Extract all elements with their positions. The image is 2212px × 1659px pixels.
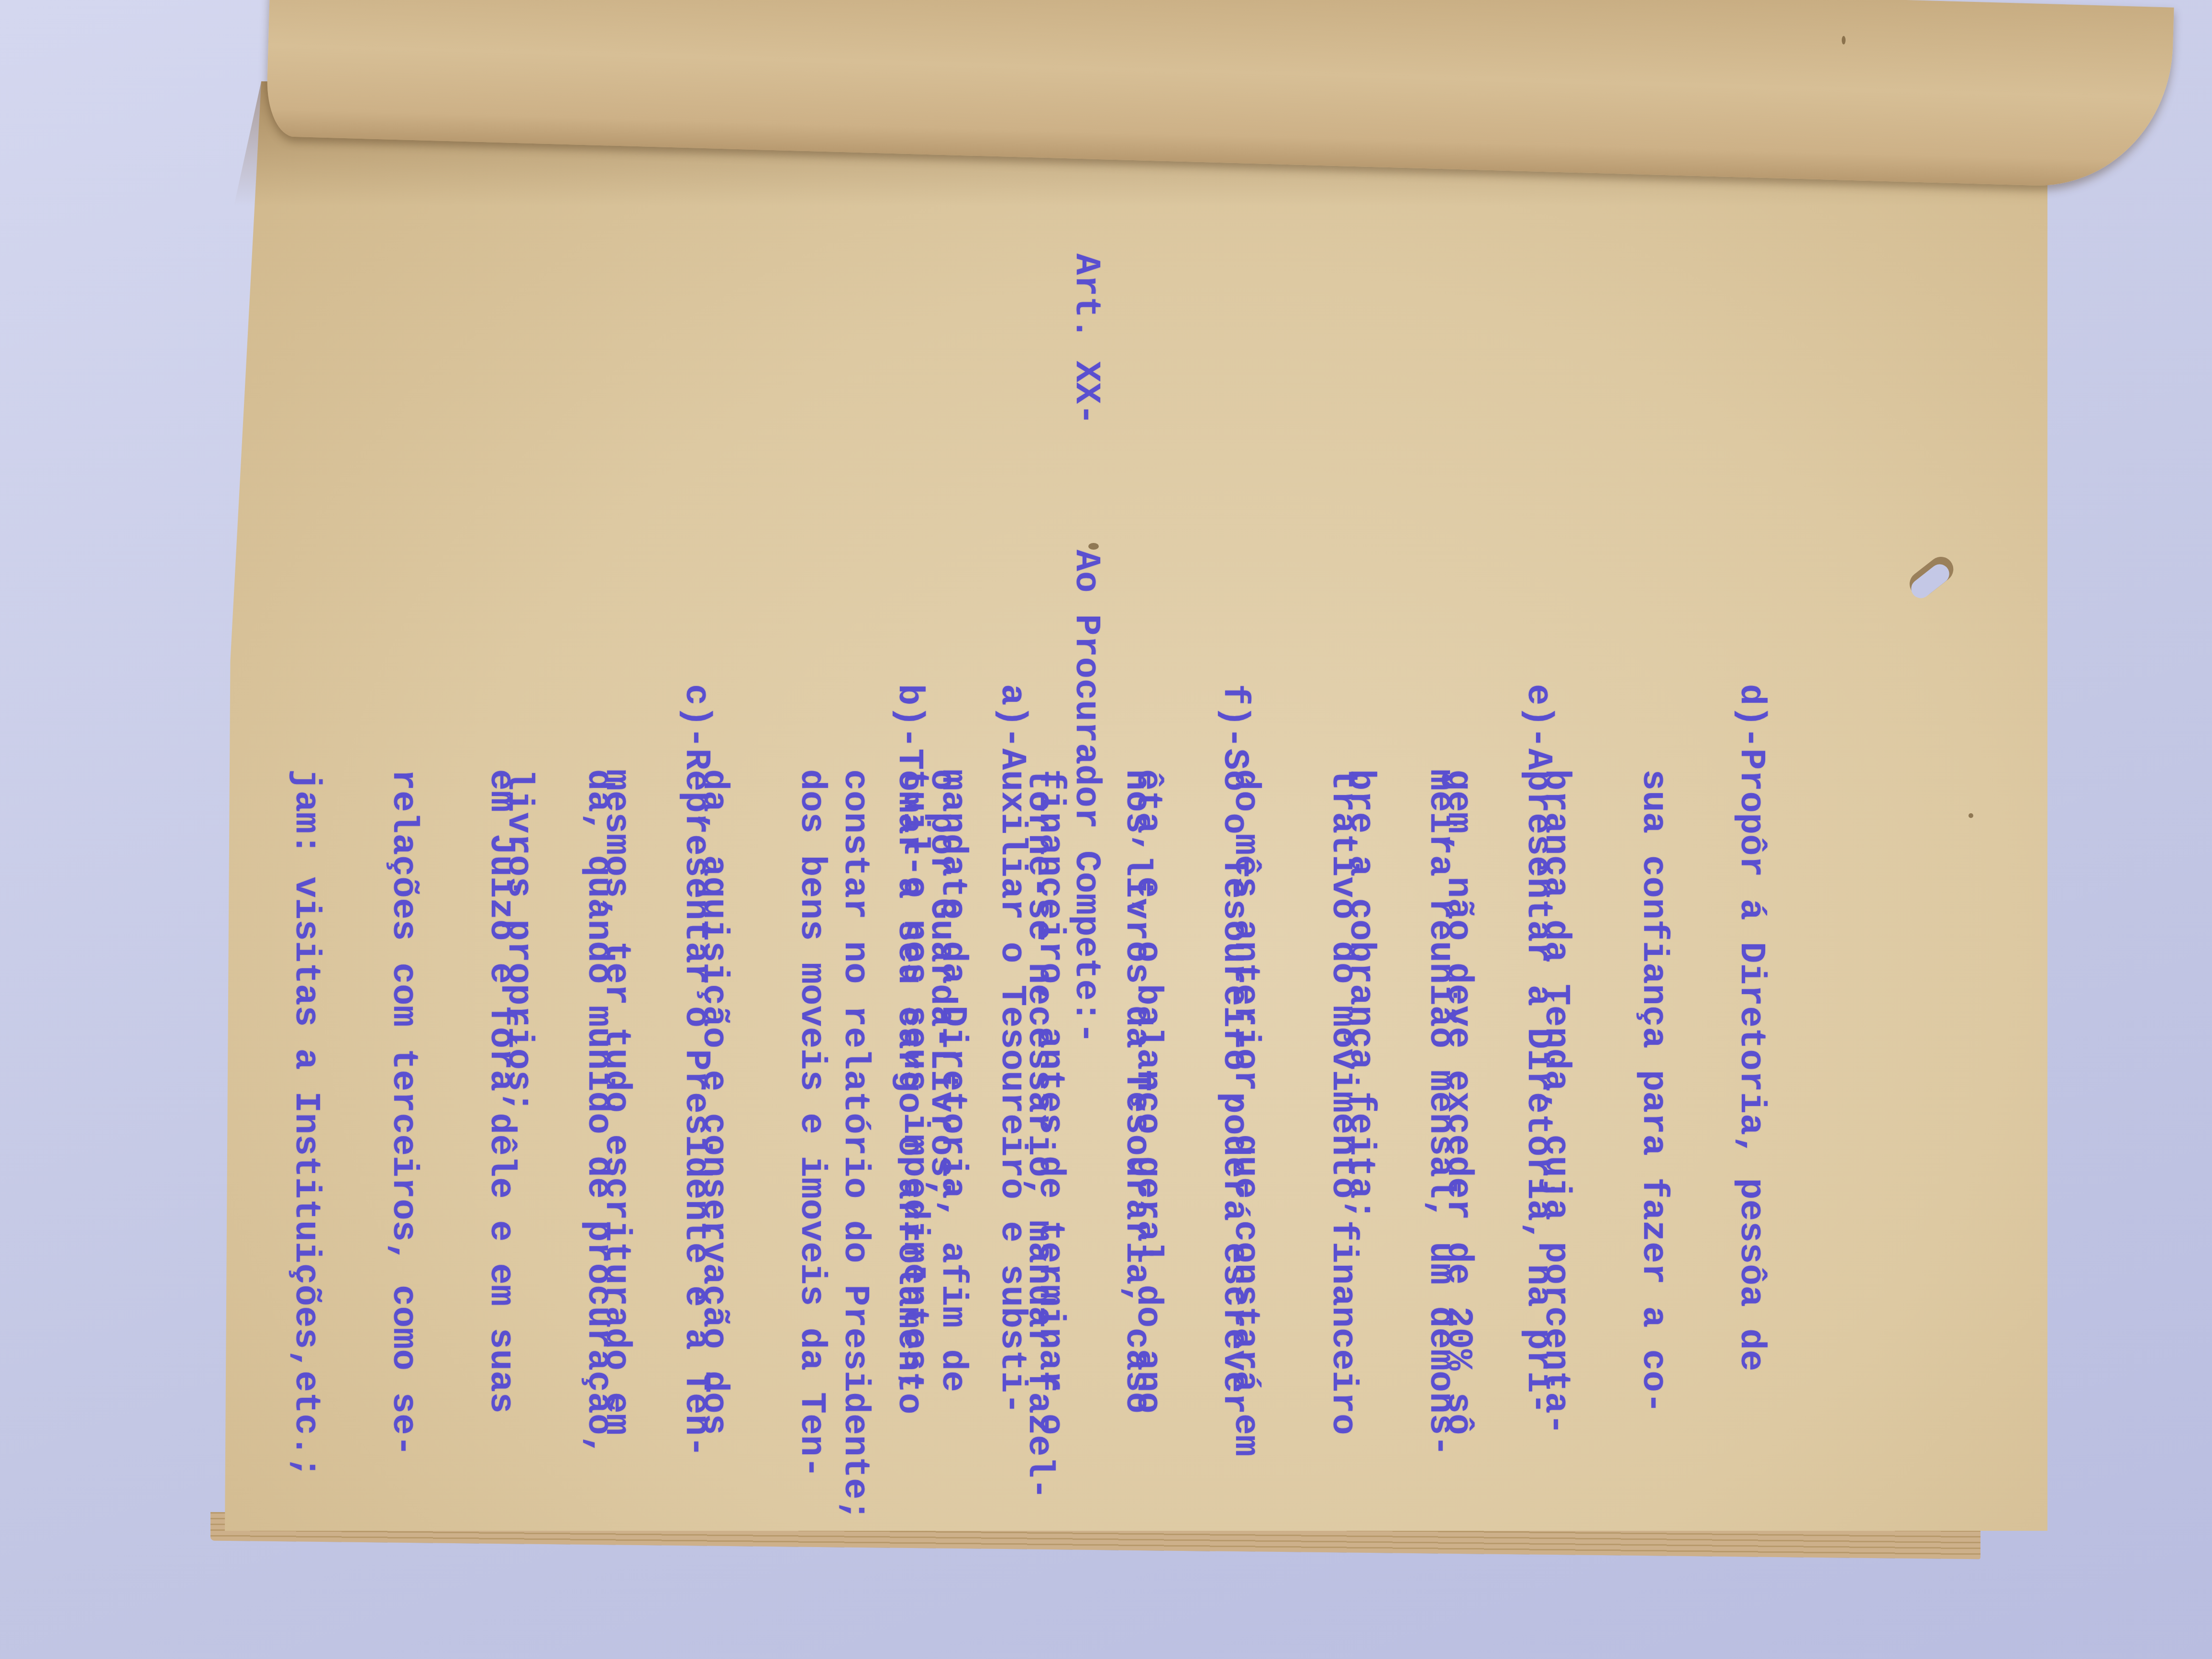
text-line: sua confiança para fazer a co- xyxy=(1637,684,1670,1435)
text-line: c)-Representar o Presidente e a Ten- xyxy=(680,684,712,1478)
paragraph-c: c)-Representar o Presidente e a Ten- da,… xyxy=(224,684,777,1478)
text-line: da, quando munido de procuração, xyxy=(582,684,615,1478)
text-line: d)-Propôr á Diretoria, pessôa de xyxy=(1735,684,1767,1435)
text-line: relações com terceiros, como se- xyxy=(387,684,420,1478)
text-line: e)-Apresentar á Diretoria, na pri- xyxy=(1522,684,1554,1521)
paper-speck xyxy=(1969,813,1973,818)
text-line: trativo do movimento financeiro xyxy=(1327,684,1359,1521)
article-number: Art. XX- xyxy=(1066,254,1106,425)
text-line: jam: visitas a Instituições,etc.; xyxy=(289,684,322,1478)
text-line: f)-Só o Tesoureiro poderá escrever xyxy=(1218,684,1250,1500)
text-line: a)-Auxiliar o Tesoureiro e substi- xyxy=(995,684,1028,1415)
text-line: meira reunião mensal, um demons- xyxy=(1424,684,1457,1521)
text-line: dos bens moveis e imoveis da Ten- xyxy=(795,684,828,1478)
text-line: em Juizo e fóra dêle e em suas xyxy=(485,684,517,1478)
typewritten-text: d)-Propôr á Diretoria, pessôa de sua con… xyxy=(1396,0,1851,43)
text-line: b)-Tomar a seu cargo o arrolamento xyxy=(893,684,925,1478)
